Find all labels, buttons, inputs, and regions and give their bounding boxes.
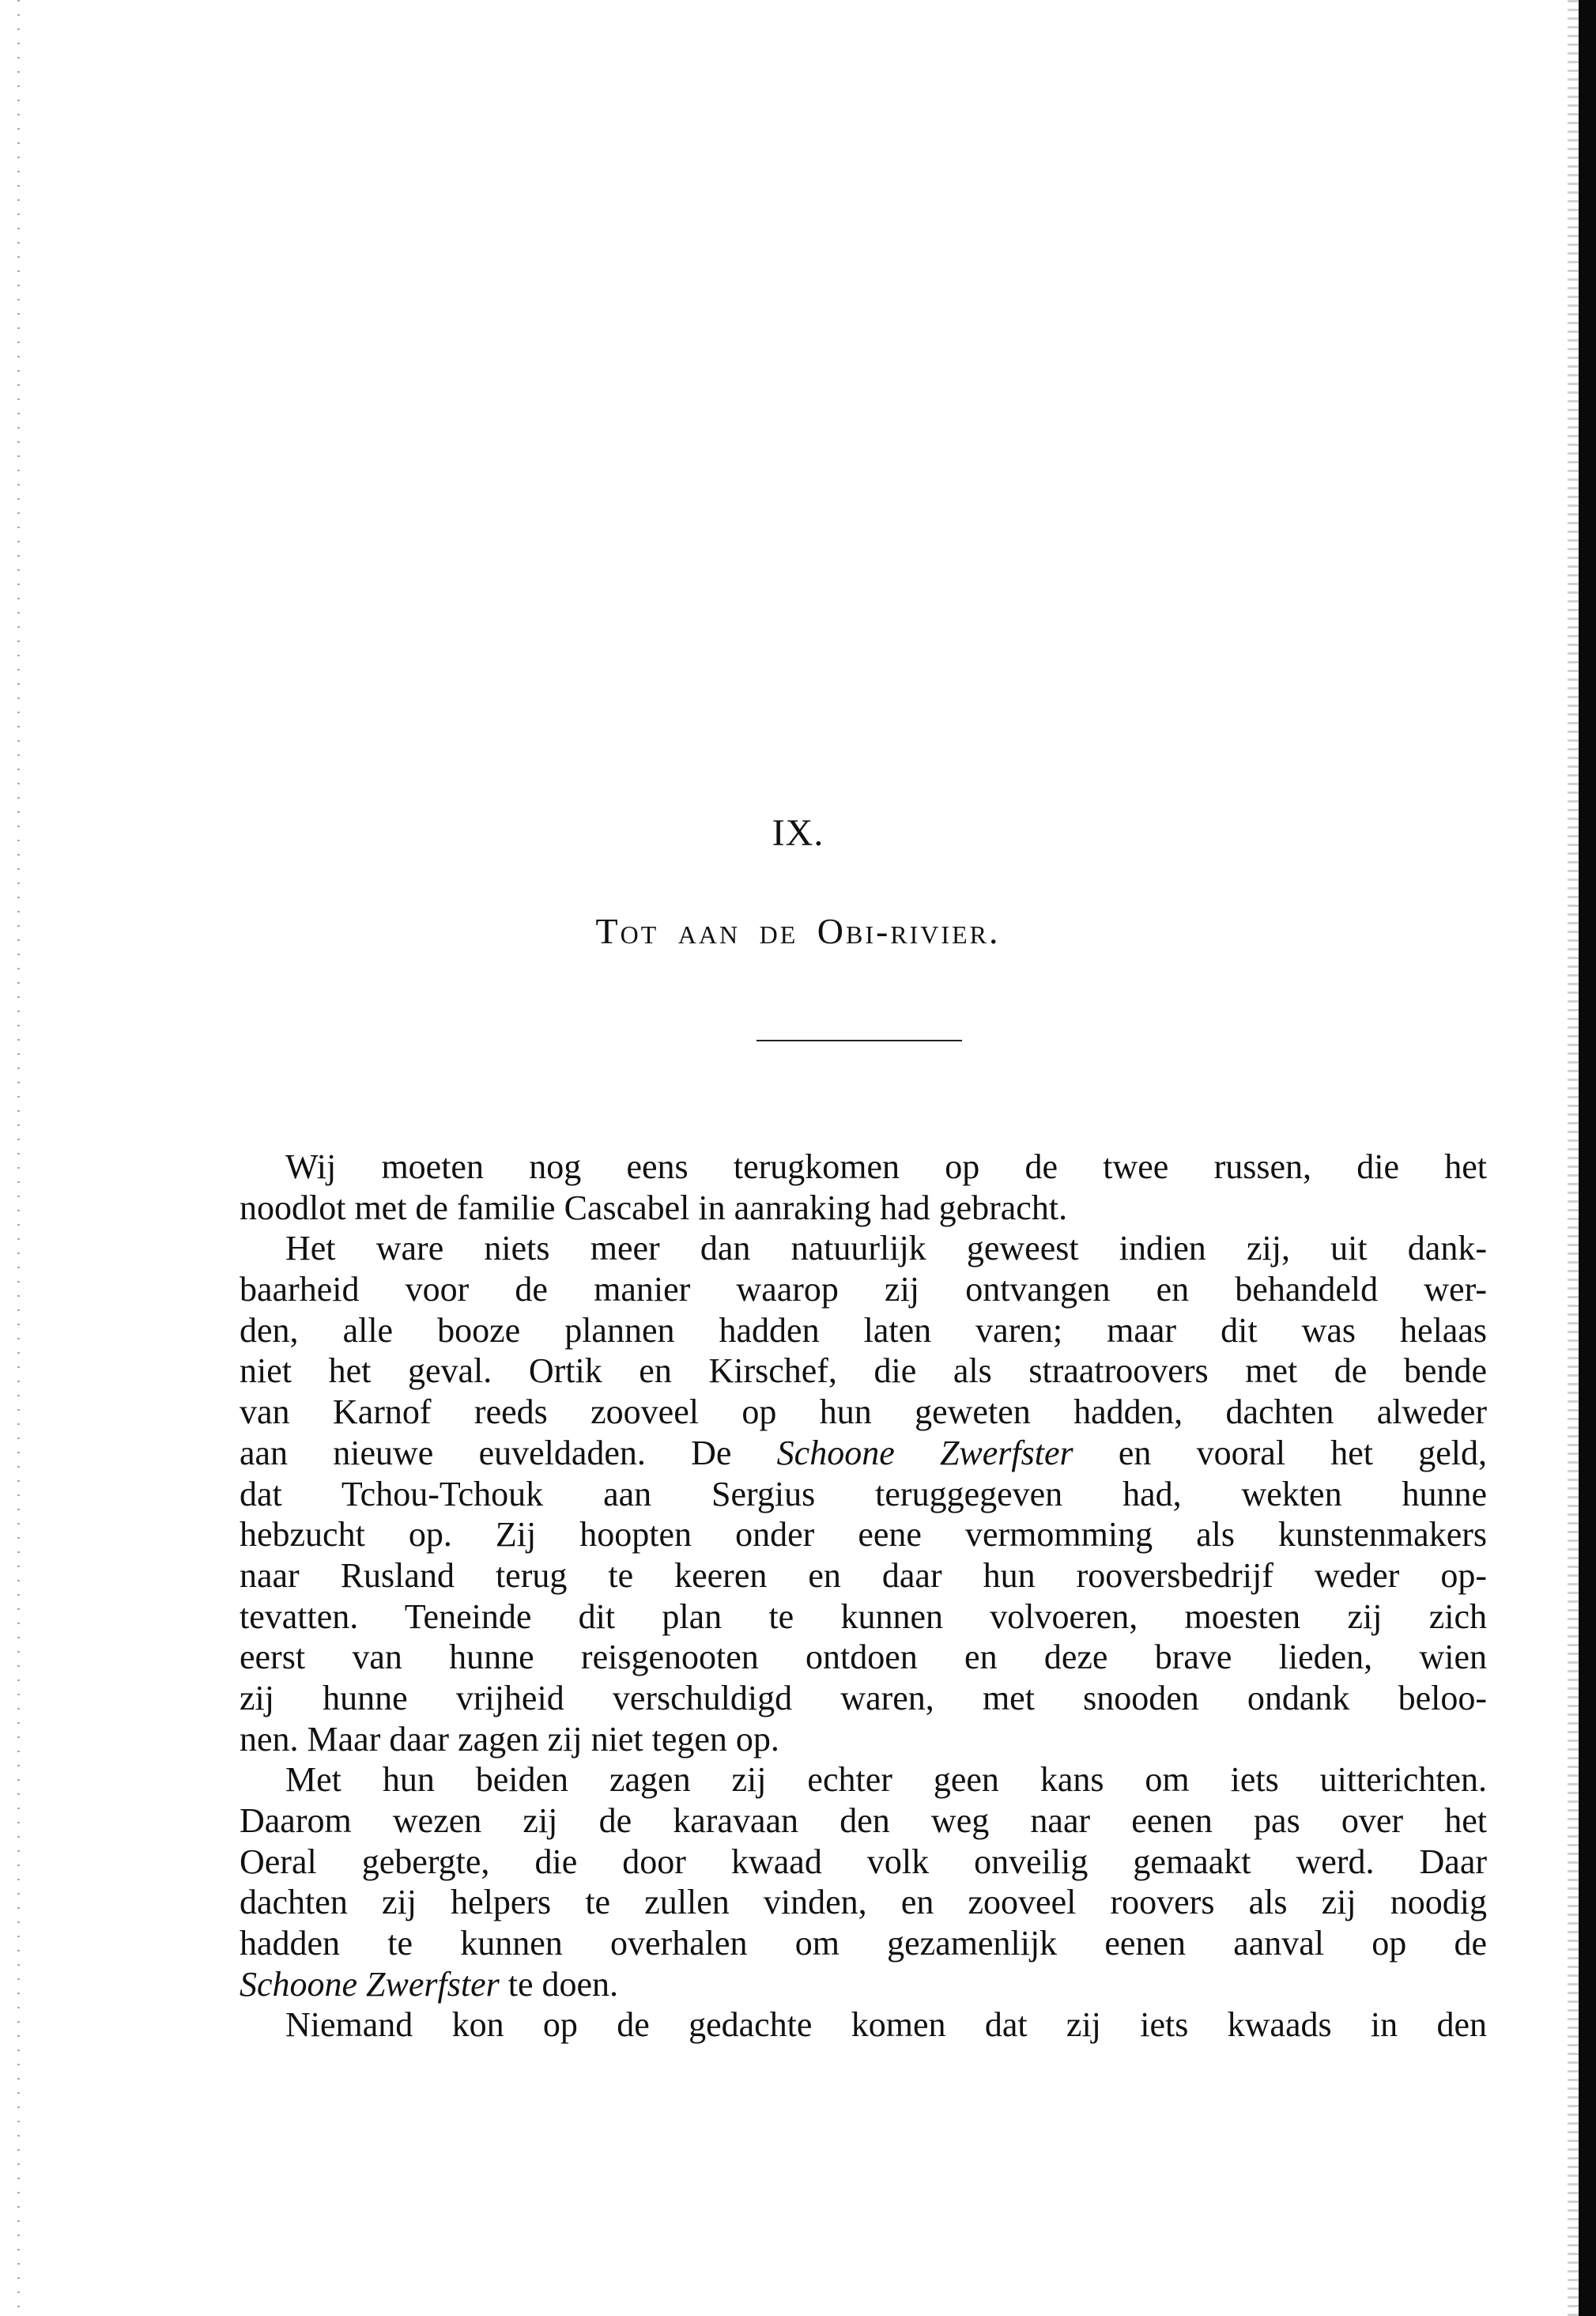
text-run: en vooral het geld, bbox=[1073, 1434, 1487, 1472]
ship-name-italic: Schoone Zwerfster bbox=[240, 1965, 500, 2004]
body-text: Wij moeten nog eens terugkomen op de twe… bbox=[240, 1147, 1487, 2046]
text-line: eerst van hunne reisgenooten ontdoen en … bbox=[240, 1637, 1487, 1678]
text-line: Met hun beiden zagen zij echter geen kan… bbox=[240, 1759, 1487, 1800]
section-divider bbox=[756, 1040, 962, 1041]
text-line: naar Rusland terug te keeren en daar hun… bbox=[240, 1555, 1487, 1596]
chapter-title: Tot aan de Obi-rivier. bbox=[0, 909, 1596, 954]
scan-edge-left bbox=[17, 0, 20, 2316]
text-line: dat Tchou-Tchouk aan Sergius teruggegeve… bbox=[240, 1474, 1487, 1515]
book-page: IX. Tot aan de Obi-rivier. Wij moeten no… bbox=[0, 0, 1596, 2316]
text-line: van Karnof reeds zooveel op hun geweten … bbox=[240, 1392, 1487, 1433]
text-line: Wij moeten nog eens terugkomen op de twe… bbox=[240, 1147, 1487, 1188]
text-line: noodlot met de familie Cascabel in aanra… bbox=[240, 1188, 1487, 1229]
scan-edge-right bbox=[1579, 0, 1596, 2316]
text-line: nen. Maar daar zagen zij niet tegen op. bbox=[240, 1719, 1487, 1760]
text-line: Schoone Zwerfster te doen. bbox=[240, 1964, 1487, 2005]
text-line: dachten zij helpers te zullen vinden, en… bbox=[240, 1882, 1487, 1923]
chapter-number: IX. bbox=[0, 810, 1596, 857]
text-line: hadden te kunnen overhalen om gezamenlij… bbox=[240, 1923, 1487, 1964]
text-run: te doen. bbox=[500, 1965, 618, 2004]
text-line: Niemand kon op de gedachte komen dat zij… bbox=[240, 2004, 1487, 2046]
text-line: niet het geval. Ortik en Kirschef, die a… bbox=[240, 1351, 1487, 1392]
text-line: tevatten. Teneinde dit plan te kunnen vo… bbox=[240, 1596, 1487, 1638]
text-line: zij hunne vrijheid verschuldigd waren, m… bbox=[240, 1678, 1487, 1719]
text-line: Daarom wezen zij de karavaan den weg naa… bbox=[240, 1800, 1487, 1842]
text-line: Het ware niets meer dan natuurlijk gewee… bbox=[240, 1228, 1487, 1269]
text-line: den, alle booze plannen hadden laten var… bbox=[240, 1310, 1487, 1351]
text-line: hebzucht op. Zij hoopten onder eene verm… bbox=[240, 1514, 1487, 1555]
text-line: aan nieuwe euveldaden. De Schoone Zwerfs… bbox=[240, 1433, 1487, 1474]
text-line: Oeral gebergte, die door kwaad volk onve… bbox=[240, 1842, 1487, 1883]
text-run: aan nieuwe euveldaden. De bbox=[240, 1434, 777, 1472]
text-line: baarheid voor de manier waarop zij ontva… bbox=[240, 1269, 1487, 1310]
ship-name-italic: Schoone Zwerfster bbox=[777, 1434, 1073, 1472]
